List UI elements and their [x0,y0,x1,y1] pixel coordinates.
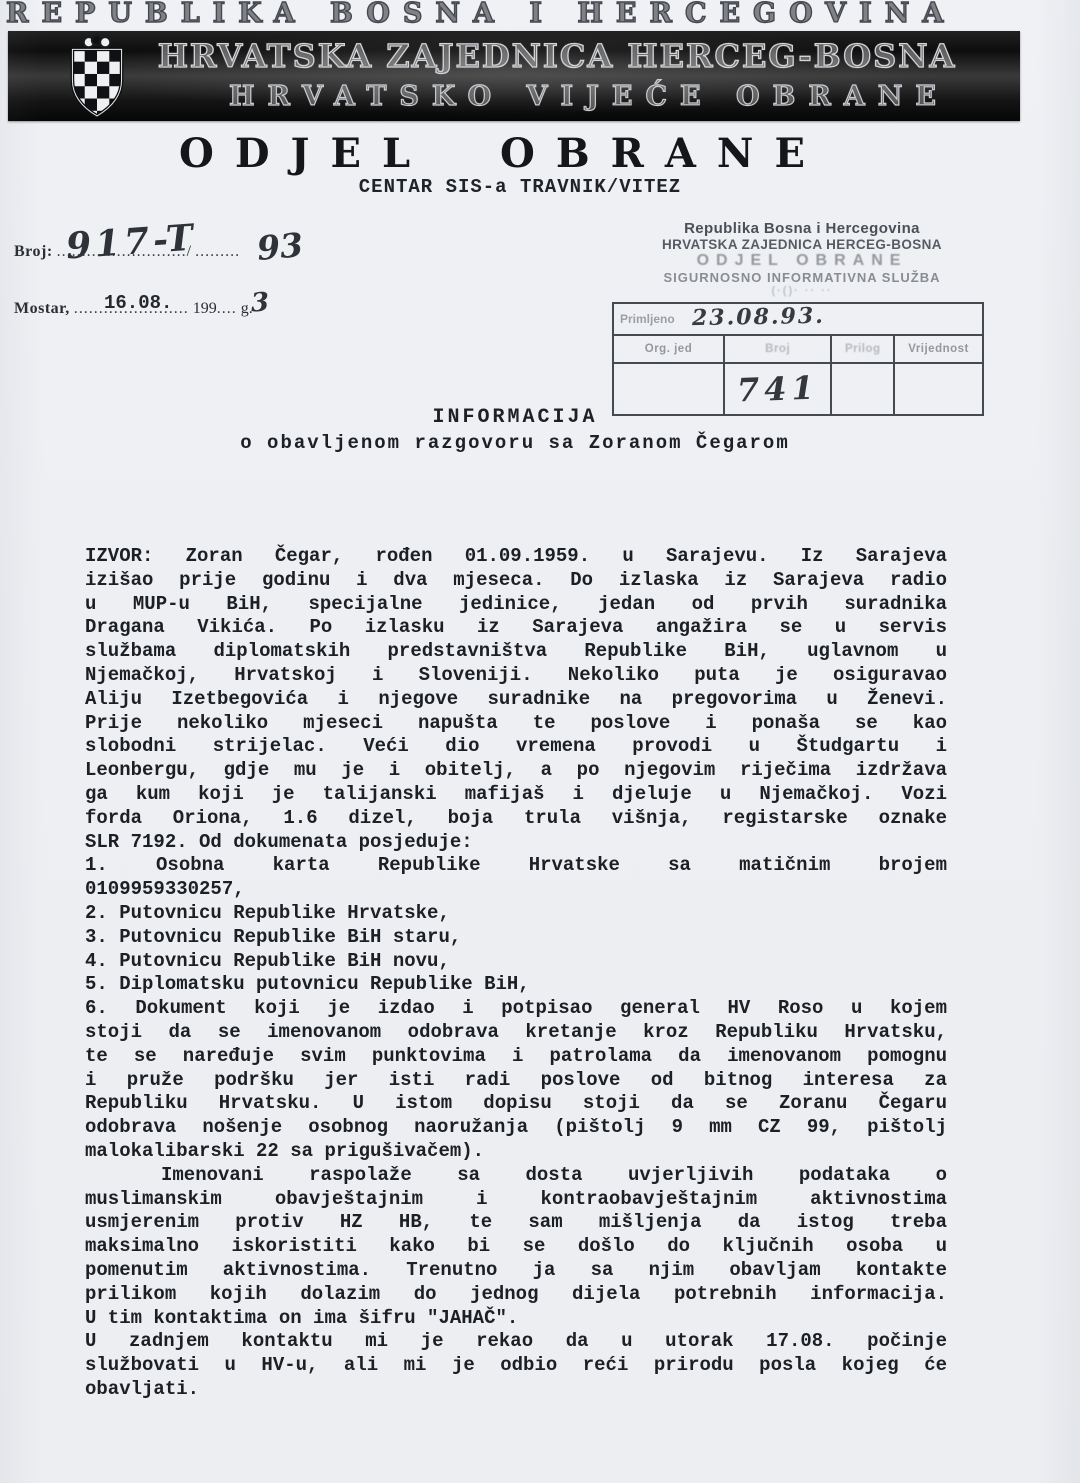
body-line: stoji da se imenovanom odobrava kretanje… [85,1021,947,1045]
received-stamp: Republika Bosna i Hercegovina HRVATSKA Z… [612,220,992,416]
received-label: Primljeno [620,312,675,326]
handwritten-entry-number: 741 [736,369,819,410]
body-line: i pruže podršku jer isti radi poslove od… [85,1069,947,1093]
stamp-header-prilog: Prilog [831,335,894,363]
stamp-faded-line: (·()· ·· ·· [612,285,992,297]
body-line: te se naređuje svim punktovima i patrola… [85,1045,947,1069]
stamp-received-row: Primljeno 23.08.93. [613,303,983,335]
body-line: prilikom kojih dolazim do jednog dijela … [85,1283,947,1307]
body-line: Leonbergu, gdje mu je i obitelj, a po nj… [85,759,947,783]
body-line: 3. Putovnicu Republike BiH staru, [85,926,947,950]
body-line: 0109959330257, [85,878,947,902]
body-line: slobodni strijelac. Veći dio vremena pro… [85,735,947,759]
banner-community-line: HRVATSKA ZAJEDNICA HERCEG-BOSNA [8,37,1020,75]
typed-date: 16.08. [104,292,172,314]
body-line: službovati u HV-u, ali mi je odbio reći … [85,1354,947,1378]
stamp-community-line: HRVATSKA ZAJEDNICA HERCEG-BOSNA [612,237,992,252]
body-line: obavljati. [85,1378,947,1402]
body-line: pomenutim aktivnostima. Trenutno ja sa n… [85,1259,947,1283]
body-line: 1. Osobna karta Republike Hrvatske sa ma… [85,854,947,878]
body-line: u MUP-u BiH, specijalne jedinice, jedan … [85,593,947,617]
document-subtitle: o obavljenom razgovoru sa Zoranom Čegaro… [85,432,945,454]
body-line: IZVOR: Zoran Čegar, rođen 01.09.1959. u … [85,545,947,569]
stamp-header-broj: Broj [724,335,831,363]
stamp-routing-table: Primljeno 23.08.93. Org. jed Broj Prilog… [612,302,984,416]
body-line: Prije nekoliko mjeseci napušta te poslov… [85,712,947,736]
handwritten-document-year: 93 [255,225,304,268]
body-line: ga kum koji je talijanski mafijaš i djel… [85,783,947,807]
handwritten-year-digit: 3 [250,288,270,319]
place-date-line: Mostar, ....................... 199.... … [14,300,253,318]
stamp-header-row: Org. jed Broj Prilog Vrijednost [613,335,983,363]
year-preprint: 199 [193,300,217,317]
banner-council-line: HRVATSKO VIJEĆE OBRANE [8,81,1020,112]
body-line: 6. Dokument koji je izdao i potpisao gen… [85,997,947,1021]
body-line: maksimalno iskoristiti kako bi se došlo … [85,1235,947,1259]
body-line: 2. Putovnicu Republike Hrvatske, [85,902,947,926]
body-line: službama diplomatskih predstavništva Rep… [85,640,947,664]
body-line: usmjerenim protiv HZ HB, te sam mišljenj… [85,1211,947,1235]
reference-number-line: Broj: ........................../ ......… [14,243,240,261]
body-line: muslimanskim obavještajnim i kontraobavj… [85,1188,947,1212]
handwritten-received-date: 23.08.93. [692,303,825,331]
republic-header-line: REPUBLIKA BOSNA I HERCEGOVINA [6,0,1066,29]
broj-year-dotted-leader: ......... [195,243,240,260]
scanned-document-page: REPUBLIKA BOSNA I HERCEGOVINA HRVATSKA Z… [0,0,1080,1483]
body-line: U tim kontaktima on ima šifru "JAHAČ". [85,1307,947,1331]
document-title: INFORMACIJA [85,406,945,429]
body-line: U zadnjem kontaktu mi je rekao da u utor… [85,1330,947,1354]
body-line: malokalibarski 22 sa prigušivačem). [85,1140,947,1164]
stamp-service-line: SIGURNOSNO INFORMATIVNA SLUŽBA [612,270,992,285]
stamp-department-line: ODJEL OBRANE [612,252,992,270]
body-line: 4. Putovnicu Republike BiH novu, [85,950,947,974]
stamp-header-org-jed: Org. jed [613,335,724,363]
department-title: ODJEL OBRANE [0,130,1005,177]
broj-label: Broj: [14,243,53,260]
document-title-block: INFORMACIJA o obavljenom razgovoru sa Zo… [85,406,945,454]
body-line: izišao prije godinu i dva mjeseca. Do iz… [85,569,947,593]
body-line: forda Oriona, 1.6 dizel, boja trula višn… [85,807,947,831]
document-body: IZVOR: Zoran Čegar, rođen 01.09.1959. u … [85,545,947,1402]
body-line: 5. Diplomatsku putovnicu Republike BiH, [85,973,947,997]
place-label: Mostar, [14,300,70,317]
body-line: Aliju Izetbegovića i njegove suradnike n… [85,688,947,712]
body-line: Republiku Hrvatsku. U istom dopisu stoji… [85,1092,947,1116]
body-line: Njemačkoj, Hrvatskoj i Sloveniji. Nekoli… [85,664,947,688]
sis-center-line: CENTAR SIS-a TRAVNIK/VITEZ [0,176,1040,198]
year-dotted-leader: .... [217,300,237,317]
body-line: Imenovani raspolaže sa dosta uvjerljivih… [85,1164,947,1188]
letterhead-banner: HRVATSKA ZAJEDNICA HERCEG-BOSNA HRVATSKO… [8,31,1020,121]
stamp-republic-line: Republika Bosna i Hercegovina [612,220,992,237]
body-line: odobrava nošenje osobnog naoružanja (piš… [85,1116,947,1140]
body-line: Dragana Vikića. Po izlasku iz Sarajeva a… [85,616,947,640]
stamp-header-vrijednost: Vrijednost [894,335,983,363]
body-line: SLR 7192. Od dokumenata posjeduje: [85,831,947,855]
